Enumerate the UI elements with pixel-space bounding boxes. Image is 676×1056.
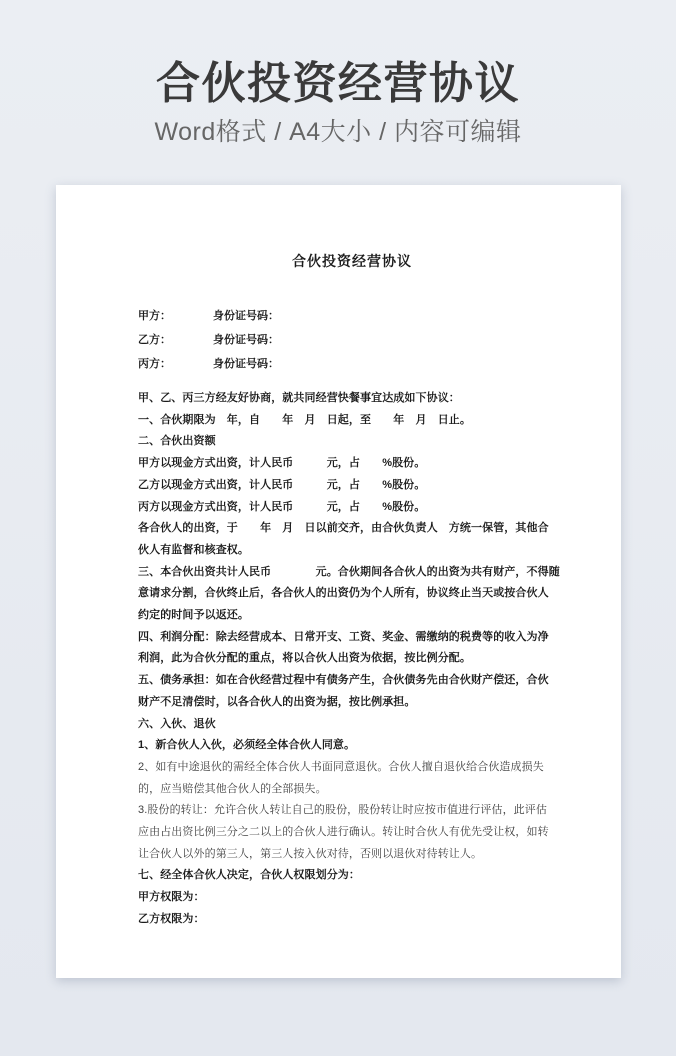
- doc-title: 合伙投资经营协议: [138, 253, 566, 270]
- doc-line: 甲、乙、丙三方经友好协商，就共同经营快餐事宜达成如下协议：: [138, 388, 566, 410]
- party-id-label: 身份证号码：: [213, 310, 279, 322]
- party-name-label: 甲方：: [138, 304, 213, 328]
- doc-line: 五、债务承担：如在合伙经营过程中有债务产生，合伙债务先由合伙财产偿还，合伙: [138, 670, 566, 692]
- template-subtitle: Word格式 / A4大小 / 内容可编辑: [0, 119, 676, 147]
- parties-block: 甲方：身份证号码：乙方：身份证号码：丙方：身份证号码：: [138, 304, 566, 376]
- doc-line: 三、本合伙出资共计人民币 元。合伙期间各合伙人的出资为共有财产，不得随: [138, 562, 566, 584]
- party-row: 甲方：身份证号码：: [138, 304, 566, 328]
- doc-line: 二、合伙出资额: [138, 431, 566, 453]
- template-title: 合伙投资经营协议: [0, 58, 676, 110]
- doc-line: 利润，此为合伙分配的重点，将以合伙人出资为依据，按比例分配。: [138, 648, 566, 670]
- doc-line: 甲方以现金方式出资，计人民币 元，占 %股份。: [138, 453, 566, 475]
- party-id-label: 身份证号码：: [213, 334, 279, 346]
- doc-line: 让合伙人以外的第三人，第三人按入伙对待，否则以退伙对待转让人。: [138, 844, 566, 866]
- party-id-label: 身份证号码：: [213, 358, 279, 370]
- doc-line: 2、如有中途退伙的需经全体合伙人书面同意退伙。合伙人擅自退伙给合伙造成损失: [138, 757, 566, 779]
- party-name-label: 丙方：: [138, 352, 213, 376]
- doc-line: 六、入伙、退伙: [138, 714, 566, 736]
- party-name-label: 乙方：: [138, 328, 213, 352]
- doc-line: 七、经全体合伙人决定，合伙人权限划分为：: [138, 865, 566, 887]
- doc-line: 乙方权限为：: [138, 909, 566, 931]
- doc-line: 意请求分割，合伙终止后，各合伙人的出资仍为个人所有，协议终止当天或按合伙人: [138, 583, 566, 605]
- party-row: 乙方：身份证号码：: [138, 328, 566, 352]
- doc-line: 3.股份的转让：允许合伙人转让自己的股份，股份转让时应按市值进行评估，此评估: [138, 800, 566, 822]
- doc-line: 的，应当赔偿其他合伙人的全部损失。: [138, 779, 566, 801]
- template-preview: { "header": { "title": "合伙投资经营协议", "subt…: [0, 0, 676, 1056]
- doc-line: 财产不足清偿时，以各合伙人的出资为据，按比例承担。: [138, 692, 566, 714]
- doc-line: 伙人有监督和核查权。: [138, 540, 566, 562]
- document-page: 合伙投资经营协议 甲方：身份证号码：乙方：身份证号码：丙方：身份证号码： 甲、乙…: [56, 185, 621, 978]
- doc-line: 约定的时间予以返还。: [138, 605, 566, 627]
- hero-header: 合伙投资经营协议 Word格式 / A4大小 / 内容可编辑: [0, 0, 676, 146]
- doc-line: 一、合伙期限为 年，自 年 月 日起，至 年 月 日止。: [138, 410, 566, 432]
- doc-body: 甲、乙、丙三方经友好协商，就共同经营快餐事宜达成如下协议：一、合伙期限为 年，自…: [138, 388, 566, 931]
- doc-line: 各合伙人的出资，于 年 月 日以前交齐，由合伙负责人 方统一保管，其他合: [138, 518, 566, 540]
- doc-line: 四、利润分配：除去经营成本、日常开支、工资、奖金、需缴纳的税费等的收入为净: [138, 627, 566, 649]
- doc-line: 乙方以现金方式出资，计人民币 元，占 %股份。: [138, 475, 566, 497]
- doc-line: 甲方权限为：: [138, 887, 566, 909]
- doc-line: 丙方以现金方式出资，计人民币 元，占 %股份。: [138, 497, 566, 519]
- party-row: 丙方：身份证号码：: [138, 352, 566, 376]
- doc-line: 应由占出资比例三分之二以上的合伙人进行确认。转让时合伙人有优先受让权，如转: [138, 822, 566, 844]
- doc-line: 1、新合伙人入伙，必须经全体合伙人同意。: [138, 735, 566, 757]
